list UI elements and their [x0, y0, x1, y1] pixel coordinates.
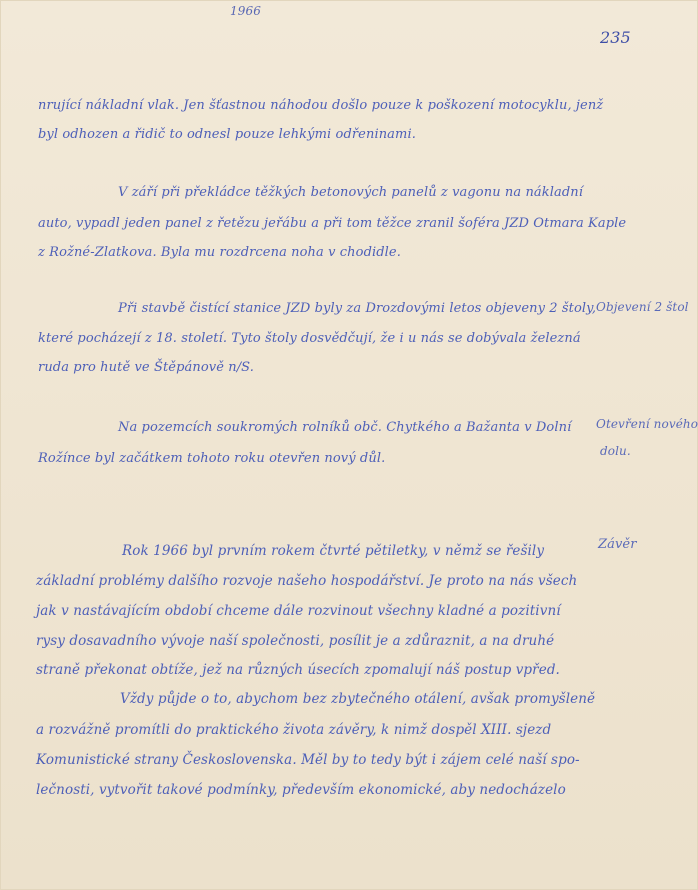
- text-line: a rozvážně promítli do praktického život…: [36, 719, 551, 741]
- text-line: Komunistické strany Československa. Měl …: [36, 749, 580, 771]
- text-line: ruda pro hutě ve Štěpánově n/S.: [38, 357, 254, 379]
- text-line: Při stavbě čistící stanice JZD byly za D…: [118, 298, 596, 320]
- margin-note-conclusion: Závěr: [598, 537, 637, 552]
- text-line: byl odhozen a řidič to odnesl pouze lehk…: [38, 124, 416, 146]
- text-line: Na pozemcích soukromých rolníků obč. Chy…: [118, 417, 571, 439]
- page-number: 235: [600, 28, 631, 47]
- text-line: rysy dosavadního vývoje naší společnosti…: [36, 630, 554, 652]
- margin-note: Objevení 2 štol: [596, 300, 689, 314]
- margin-note: dolu.: [600, 444, 631, 458]
- text-line: straně překonat obtíže, jež na různých ú…: [36, 659, 560, 681]
- text-line: Rok 1966 byl prvním rokem čtvrté pětilet…: [122, 540, 544, 562]
- text-line: V září při překládce těžkých betonových …: [118, 182, 583, 204]
- margin-note: Otevření nového: [596, 417, 698, 431]
- text-line: nrující nákladní vlak. Jen šťastnou náho…: [38, 95, 603, 117]
- text-line: základní problémy dalšího rozvoje našeho…: [36, 570, 577, 592]
- text-line: které pocházejí z 18. století. Tyto štol…: [38, 328, 581, 350]
- text-line: Vždy půjde o to, abychom bez zbytečného …: [120, 688, 595, 710]
- manuscript-page: 1966 235 nrující nákladní vlak. Jen šťas…: [0, 0, 698, 890]
- text-line: lečnosti, vytvořit takové podmínky, před…: [36, 779, 566, 801]
- text-line: auto, vypadl jeden panel z řetězu jeřábu…: [38, 213, 626, 235]
- page-year: 1966: [230, 4, 261, 18]
- text-line: jak v nastávajícím období chceme dále ro…: [36, 600, 561, 622]
- text-line: z Rožné-Zlatkova. Byla mu rozdrcena noha…: [38, 242, 401, 264]
- text-line: Rožínce byl začátkem tohoto roku otevřen…: [38, 448, 385, 470]
